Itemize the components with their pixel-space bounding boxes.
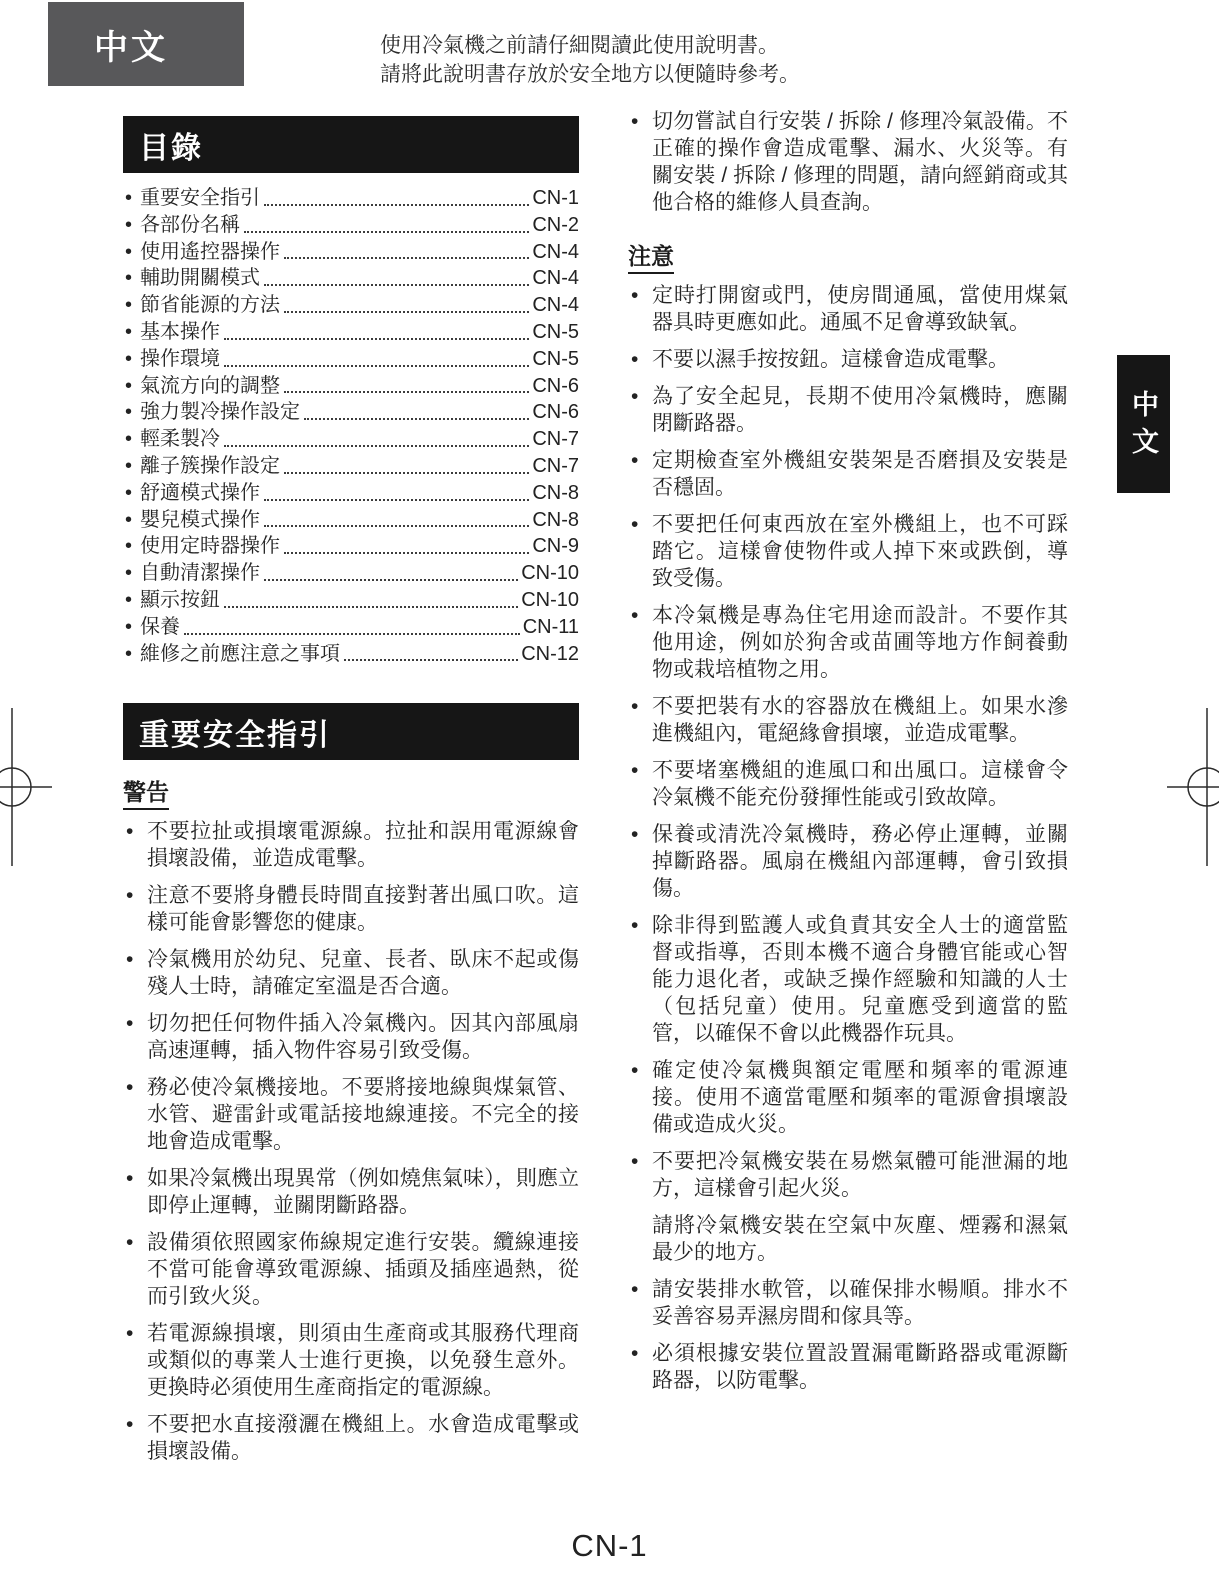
caution-item: 請將冷氣機安裝在空氣中灰塵、煙霧和濕氣最少的地方。 xyxy=(628,1212,1068,1266)
right-column: 切勿嘗試自行安裝 / 拆除 / 修理冷氣設備。不正確的操作會造成電擊、漏水、火災… xyxy=(628,108,1068,1404)
warning-item: 不要把水直接潑灑在機組上。水會造成電擊或損壞設備。 xyxy=(123,1411,579,1465)
caution-item-text: 不要把冷氣機安裝在易燃氣體可能泄漏的地方，這樣會引起火災。 xyxy=(652,1150,1068,1200)
warning-item-text: 不要把水直接潑灑在機組上。水會造成電擊或損壞設備。 xyxy=(147,1413,579,1463)
toc-leader-dots xyxy=(224,365,529,367)
toc-bullet-icon: • xyxy=(123,346,140,373)
page-number: CN-1 xyxy=(0,1528,1219,1564)
toc-item: • 離子簇操作設定 CN-7 xyxy=(123,453,579,480)
caution-item-text: 確定使冷氣機與額定電壓和頻率的電源連接。使用不適當電壓和頻率的電源會損壞設備或造… xyxy=(652,1059,1068,1136)
toc-item-label: 重要安全指引 xyxy=(140,185,260,212)
registration-mark-right xyxy=(1159,702,1219,872)
toc-leader-dots xyxy=(284,472,529,474)
caution-item-text: 不要堵塞機組的進風口和出風口。這樣會令冷氣機不能充份發揮性能或引致故障。 xyxy=(652,759,1068,809)
toc-item: • 輕柔製冷 CN-7 xyxy=(123,426,579,453)
caution-item-text: 為了安全起見，長期不使用冷氣機時，應關閉斷路器。 xyxy=(652,385,1068,435)
toc-leader-dots xyxy=(224,338,529,340)
toc-item-page: CN-9 xyxy=(532,533,579,560)
warning-item: 設備須依照國家佈線規定進行安裝。纜線連接不當可能會導致電源線、插頭及插座過熱，從… xyxy=(123,1229,579,1310)
caution-item-text: 除非得到監護人或負責其安全人士的適當監督或指導，否則本機不適合身體官能或心智能力… xyxy=(652,914,1068,1045)
warning-item-text: 設備須依照國家佈線規定進行安裝。纜線連接不當可能會導致電源線、插頭及插座過熱，從… xyxy=(147,1231,579,1308)
toc-item-label: 維修之前應注意之事項 xyxy=(140,641,340,668)
toc-bullet-icon: • xyxy=(123,641,140,668)
warning-item-text: 務必使冷氣機接地。不要將接地線與煤氣管、水管、避雷針或電話接地線連接。不完全的接… xyxy=(147,1076,579,1153)
toc-item-page: CN-12 xyxy=(521,641,579,668)
language-badge: 中文 xyxy=(48,2,244,86)
toc-item: • 舒適模式操作 CN-8 xyxy=(123,480,579,507)
warning-list: 不要拉扯或損壞電源線。拉扯和誤用電源線會損壞設備，並造成電擊。 注意不要將身體長… xyxy=(123,818,579,1465)
toc-item-page: CN-7 xyxy=(532,453,579,480)
toc-leader-dots xyxy=(284,257,529,259)
toc-bullet-icon: • xyxy=(123,185,140,212)
manual-page: 中文 使用冷氣機之前請仔細閱讀此使用說明書。 請將此說明書存放於安全地方以便隨時… xyxy=(0,0,1219,1582)
warning-item: 若電源線損壞，則須由生產商或其服務代理商或類似的專業人士進行更換，以免發生意外。… xyxy=(123,1320,579,1401)
caution-item-text: 不要把裝有水的容器放在機組上。如果水滲進機組內，電絕緣會損壞，並造成電擊。 xyxy=(652,695,1068,745)
read-notice-line-1: 使用冷氣機之前請仔細閱讀此使用說明書。 xyxy=(380,31,800,60)
caution-item: 請安裝排水軟管，以確保排水暢順。排水不妥善容易弄濕房間和傢具等。 xyxy=(628,1276,1068,1330)
toc-item-label: 保養 xyxy=(140,614,180,641)
caution-item-text: 定時打開窗或門，使房間通風，當使用煤氣器具時更應如此。通風不足會導致缺氧。 xyxy=(652,284,1068,334)
toc-bullet-icon: • xyxy=(123,587,140,614)
toc-item-label: 使用遙控器操作 xyxy=(140,239,280,266)
warning-item: 注意不要將身體長時間直接對著出風口吹。這樣可能會影響您的健康。 xyxy=(123,882,579,936)
language-badge-label: 中文 xyxy=(94,20,168,69)
toc-item-label: 舒適模式操作 xyxy=(140,480,260,507)
toc-item-label: 基本操作 xyxy=(140,319,220,346)
toc-item-page: CN-2 xyxy=(532,212,579,239)
warning-item: 冷氣機用於幼兒、兒童、長者、臥床不起或傷殘人士時，請確定室溫是否合適。 xyxy=(123,946,579,1000)
toc-item-label: 使用定時器操作 xyxy=(140,533,280,560)
toc-leader-dots xyxy=(264,284,529,286)
caution-item: 定時打開窗或門，使房間通風，當使用煤氣器具時更應如此。通風不足會導致缺氧。 xyxy=(628,282,1068,336)
toc-item-page: CN-7 xyxy=(532,426,579,453)
left-column: 目錄 • 重要安全指引 CN-1 • 各部份名稱 CN-2 • 使用遙控器操作 xyxy=(123,116,579,1475)
warning-item-text: 冷氣機用於幼兒、兒童、長者、臥床不起或傷殘人士時，請確定室溫是否合適。 xyxy=(147,948,579,998)
toc-item-page: CN-4 xyxy=(532,239,579,266)
toc-item: • 各部份名稱 CN-2 xyxy=(123,212,579,239)
warning-item-text: 切勿把任何物件插入冷氣機內。因其內部風扇高速運轉，插入物件容易引致受傷。 xyxy=(147,1012,579,1062)
caution-item-text: 請將冷氣機安裝在空氣中灰塵、煙霧和濕氣最少的地方。 xyxy=(652,1214,1068,1264)
toc-leader-dots xyxy=(264,525,529,527)
toc-item-page: CN-8 xyxy=(532,507,579,534)
toc-item-label: 離子簇操作設定 xyxy=(140,453,280,480)
safety-title: 重要安全指引 xyxy=(139,710,331,754)
side-tab-chinese: 中文 xyxy=(1117,355,1170,493)
toc-item-page: CN-5 xyxy=(532,346,579,373)
toc-bullet-icon: • xyxy=(123,212,140,239)
caution-list: 定時打開窗或門，使房間通風，當使用煤氣器具時更應如此。通風不足會導致缺氧。 不要… xyxy=(628,282,1068,1394)
caution-item-text: 不要以濕手按按鈕。這樣會造成電擊。 xyxy=(652,348,1009,371)
toc-bullet-icon: • xyxy=(123,239,140,266)
caution-item: 不要把裝有水的容器放在機組上。如果水滲進機組內，電絕緣會損壞，並造成電擊。 xyxy=(628,693,1068,747)
warning-item: 切勿嘗試自行安裝 / 拆除 / 修理冷氣設備。不正確的操作會造成電擊、漏水、火災… xyxy=(628,108,1068,216)
toc-leader-dots xyxy=(264,499,529,501)
warning-item: 不要拉扯或損壞電源線。拉扯和誤用電源線會損壞設備，並造成電擊。 xyxy=(123,818,579,872)
toc-leader-dots xyxy=(284,391,529,393)
caution-item-text: 本冷氣機是專為住宅用途而設計。不要作其他用途，例如於狗舍或苗圃等地方作飼養動物或… xyxy=(652,604,1068,681)
warning-item: 務必使冷氣機接地。不要將接地線與煤氣管、水管、避雷針或電話接地線連接。不完全的接… xyxy=(123,1074,579,1155)
toc-leader-dots xyxy=(184,633,520,635)
toc-leader-dots xyxy=(264,204,529,206)
registration-mark-left xyxy=(0,702,60,872)
toc-item: • 保養 CN-11 xyxy=(123,614,579,641)
toc-item: • 重要安全指引 CN-1 xyxy=(123,185,579,212)
toc-bullet-icon: • xyxy=(123,614,140,641)
warning-item: 切勿把任何物件插入冷氣機內。因其內部風扇高速運轉，插入物件容易引致受傷。 xyxy=(123,1010,579,1064)
toc-item: • 基本操作 CN-5 xyxy=(123,319,579,346)
toc-title: 目錄 xyxy=(139,123,203,167)
read-notice-line-2: 請將此說明書存放於安全地方以便隨時參考。 xyxy=(380,60,800,89)
caution-item: 不要把任何東西放在室外機組上，也不可踩踏它。這樣會使物件或人掉下來或跌倒，導致受… xyxy=(628,511,1068,592)
toc-list: • 重要安全指引 CN-1 • 各部份名稱 CN-2 • 使用遙控器操作 CN-… xyxy=(123,185,579,667)
caution-item-text: 保養或清洗冷氣機時，務必停止運轉，並關掉斷路器。風扇在機組內部運轉，會引致損傷。 xyxy=(652,823,1068,900)
toc-item: • 氣流方向的調整 CN-6 xyxy=(123,373,579,400)
toc-leader-dots xyxy=(284,311,529,313)
toc-item-label: 輔助開關模式 xyxy=(140,265,260,292)
toc-bullet-icon: • xyxy=(123,453,140,480)
toc-item-page: CN-5 xyxy=(532,319,579,346)
caution-item-text: 定期檢查室外機組安裝架是否磨損及安裝是否穩固。 xyxy=(652,449,1068,499)
caution-item: 除非得到監護人或負責其安全人士的適當監督或指導，否則本機不適合身體官能或心智能力… xyxy=(628,912,1068,1047)
read-notice: 使用冷氣機之前請仔細閱讀此使用說明書。 請將此說明書存放於安全地方以便隨時參考。 xyxy=(380,31,800,89)
toc-item-page: CN-6 xyxy=(532,399,579,426)
caution-item: 必須根據安裝位置設置漏電斷路器或電源斷路器，以防電擊。 xyxy=(628,1340,1068,1394)
toc-item-label: 顯示按鈕 xyxy=(140,587,220,614)
toc-bullet-icon: • xyxy=(123,399,140,426)
toc-item-label: 氣流方向的調整 xyxy=(140,373,280,400)
toc-item: • 顯示按鈕 CN-10 xyxy=(123,587,579,614)
toc-item-page: CN-4 xyxy=(532,265,579,292)
toc-item-page: CN-1 xyxy=(532,185,579,212)
toc-item: • 使用遙控器操作 CN-4 xyxy=(123,239,579,266)
toc-item-page: CN-10 xyxy=(521,560,579,587)
toc-item-page: CN-8 xyxy=(532,480,579,507)
toc-item: • 維修之前應注意之事項 CN-12 xyxy=(123,641,579,668)
toc-item: • 嬰兒模式操作 CN-8 xyxy=(123,507,579,534)
toc-leader-dots xyxy=(284,552,529,554)
toc-bullet-icon: • xyxy=(123,319,140,346)
toc-item: • 節省能源的方法 CN-4 xyxy=(123,292,579,319)
toc-leader-dots xyxy=(244,231,529,233)
caution-item: 本冷氣機是專為住宅用途而設計。不要作其他用途，例如於狗舍或苗圃等地方作飼養動物或… xyxy=(628,602,1068,683)
toc-leader-dots xyxy=(304,418,529,420)
toc-item: • 輔助開關模式 CN-4 xyxy=(123,265,579,292)
safety-header: 重要安全指引 xyxy=(123,703,579,760)
toc-bullet-icon: • xyxy=(123,292,140,319)
toc-bullet-icon: • xyxy=(123,480,140,507)
caution-item: 不要堵塞機組的進風口和出風口。這樣會令冷氣機不能充份發揮性能或引致故障。 xyxy=(628,757,1068,811)
side-tab-label: 中文 xyxy=(1124,390,1163,464)
toc-leader-dots xyxy=(224,606,518,608)
warning-item-text: 若電源線損壞，則須由生產商或其服務代理商或類似的專業人士進行更換，以免發生意外。… xyxy=(147,1322,579,1399)
toc-item: • 使用定時器操作 CN-9 xyxy=(123,533,579,560)
warning-heading: 警告 xyxy=(123,774,579,810)
caution-item: 確定使冷氣機與額定電壓和頻率的電源連接。使用不適當電壓和頻率的電源會損壞設備或造… xyxy=(628,1057,1068,1138)
caution-item-text: 必須根據安裝位置設置漏電斷路器或電源斷路器，以防電擊。 xyxy=(652,1342,1068,1392)
toc-bullet-icon: • xyxy=(123,373,140,400)
toc-bullet-icon: • xyxy=(123,426,140,453)
toc-item-label: 嬰兒模式操作 xyxy=(140,507,260,534)
caution-item: 定期檢查室外機組安裝架是否磨損及安裝是否穩固。 xyxy=(628,447,1068,501)
toc-item-label: 節省能源的方法 xyxy=(140,292,280,319)
warning-item: 如果冷氣機出現異常（例如燒焦氣味），則應立即停止運轉，並關閉斷路器。 xyxy=(123,1165,579,1219)
caution-item: 保養或清洗冷氣機時，務必停止運轉，並關掉斷路器。風扇在機組內部運轉，會引致損傷。 xyxy=(628,821,1068,902)
warning-item-text: 如果冷氣機出現異常（例如燒焦氣味），則應立即停止運轉，並關閉斷路器。 xyxy=(147,1167,579,1217)
toc-bullet-icon: • xyxy=(123,507,140,534)
caution-heading: 注意 xyxy=(628,238,1068,274)
toc-bullet-icon: • xyxy=(123,560,140,587)
toc-item: • 操作環境 CN-5 xyxy=(123,346,579,373)
toc-leader-dots xyxy=(344,659,518,661)
warning-item-text: 切勿嘗試自行安裝 / 拆除 / 修理冷氣設備。不正確的操作會造成電擊、漏水、火災… xyxy=(652,110,1068,214)
warning-item-text: 注意不要將身體長時間直接對著出風口吹。這樣可能會影響您的健康。 xyxy=(147,884,579,934)
toc-item-page: CN-10 xyxy=(521,587,579,614)
toc-item-page: CN-11 xyxy=(523,614,579,641)
toc-item-label: 輕柔製冷 xyxy=(140,426,220,453)
warning-item-text: 不要拉扯或損壞電源線。拉扯和誤用電源線會損壞設備，並造成電擊。 xyxy=(147,820,579,870)
toc-item: • 強力製冷操作設定 CN-6 xyxy=(123,399,579,426)
caution-item-text: 請安裝排水軟管，以確保排水暢順。排水不妥善容易弄濕房間和傢具等。 xyxy=(652,1278,1068,1328)
caution-item: 為了安全起見，長期不使用冷氣機時，應關閉斷路器。 xyxy=(628,383,1068,437)
toc-item-label: 強力製冷操作設定 xyxy=(140,399,300,426)
toc-bullet-icon: • xyxy=(123,533,140,560)
toc-leader-dots xyxy=(224,445,529,447)
toc-item-label: 操作環境 xyxy=(140,346,220,373)
caution-item: 不要把冷氣機安裝在易燃氣體可能泄漏的地方，這樣會引起火災。 xyxy=(628,1148,1068,1202)
toc-item-page: CN-6 xyxy=(532,373,579,400)
warning-list-continued: 切勿嘗試自行安裝 / 拆除 / 修理冷氣設備。不正確的操作會造成電擊、漏水、火災… xyxy=(628,108,1068,216)
toc-bullet-icon: • xyxy=(123,265,140,292)
toc-leader-dots xyxy=(264,579,518,581)
toc-item-label: 各部份名稱 xyxy=(140,212,240,239)
toc-header: 目錄 xyxy=(123,116,579,173)
toc-item-label: 自動清潔操作 xyxy=(140,560,260,587)
toc-item: • 自動清潔操作 CN-10 xyxy=(123,560,579,587)
caution-item-text: 不要把任何東西放在室外機組上，也不可踩踏它。這樣會使物件或人掉下來或跌倒，導致受… xyxy=(652,513,1068,590)
toc-item-page: CN-4 xyxy=(532,292,579,319)
caution-item: 不要以濕手按按鈕。這樣會造成電擊。 xyxy=(628,346,1068,373)
